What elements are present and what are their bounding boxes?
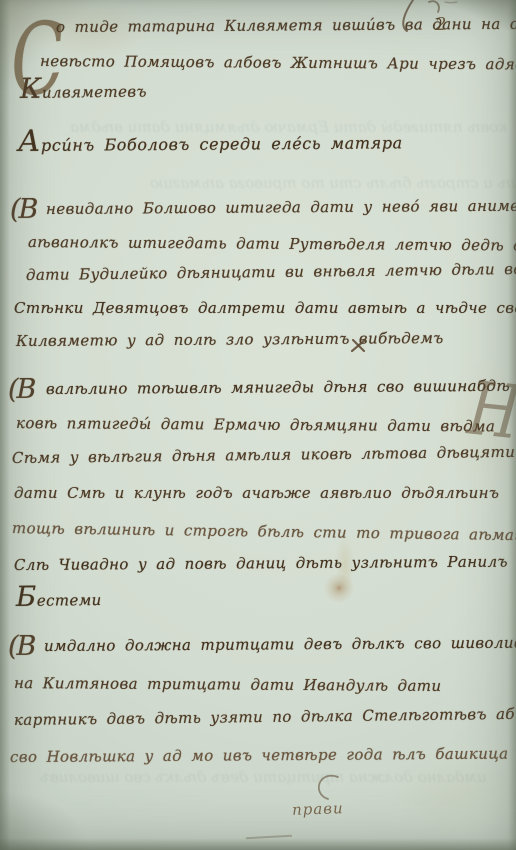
paragraph-initial: (В <box>10 194 36 225</box>
manuscript-line: Килвяметевъ <box>20 82 147 102</box>
manuscript-line: на Килтянова тритцати дати Ивандулѣ дати <box>14 674 442 695</box>
manuscript-line: валѣлино тоѣшвлѣ мянигеды дѣня сво вишин… <box>46 377 510 398</box>
edge-shading-bottom <box>0 838 516 850</box>
manuscript-line: Килвяметю у ад полѣ зло узлѣнитъ вибѣдем… <box>16 329 444 350</box>
manuscript-line: невѣсто Помящовъ албовъ Житнишъ Ари чрез… <box>40 52 516 74</box>
catchword: прави <box>292 799 344 819</box>
manuscript-line: ковѣ пятигеды́ дати Ермачю дѣямцяни дати… <box>16 414 495 435</box>
manuscript-line: имдално должна тритцати девъ дѣлкъ сво ш… <box>44 634 516 655</box>
manuscript-line: невидално Болшово штигеда дати у нево́ я… <box>46 196 516 218</box>
section-heading: Арси́нъ Боболовъ середи еле́сь матяра <box>18 133 403 155</box>
paragraph-initial: (В <box>8 374 34 405</box>
manuscript-line: о тиде татарина Килвяметя ивши́въ ва дан… <box>56 15 516 36</box>
manuscript-line: Слѣ Чивадно у ад повѣ даниц дѣть узлѣнит… <box>14 553 508 574</box>
margin-mark: Н <box>464 366 516 457</box>
paragraph-initial: (В <box>8 631 34 662</box>
manuscript-line: Бестеми <box>16 591 102 610</box>
manuscript-line: дати Смѣ и клунѣ годъ ачаѣже аявѣлио дѣд… <box>14 484 499 502</box>
manuscript-page: имдално должна тритцати девъ дѣлкъ сво ш… <box>0 0 516 850</box>
edge-shading-left <box>0 0 10 850</box>
manuscript-line: аѣванолкъ штигедать дати Рутвѣделя летчю… <box>28 233 516 255</box>
manuscript-line: Стѣнки Девятцовъ далтрети дати автыѣ а ч… <box>14 299 516 317</box>
manuscript-line: сво Новлѣшка у ад мо ивъ четвѣре года ѣл… <box>10 744 516 766</box>
